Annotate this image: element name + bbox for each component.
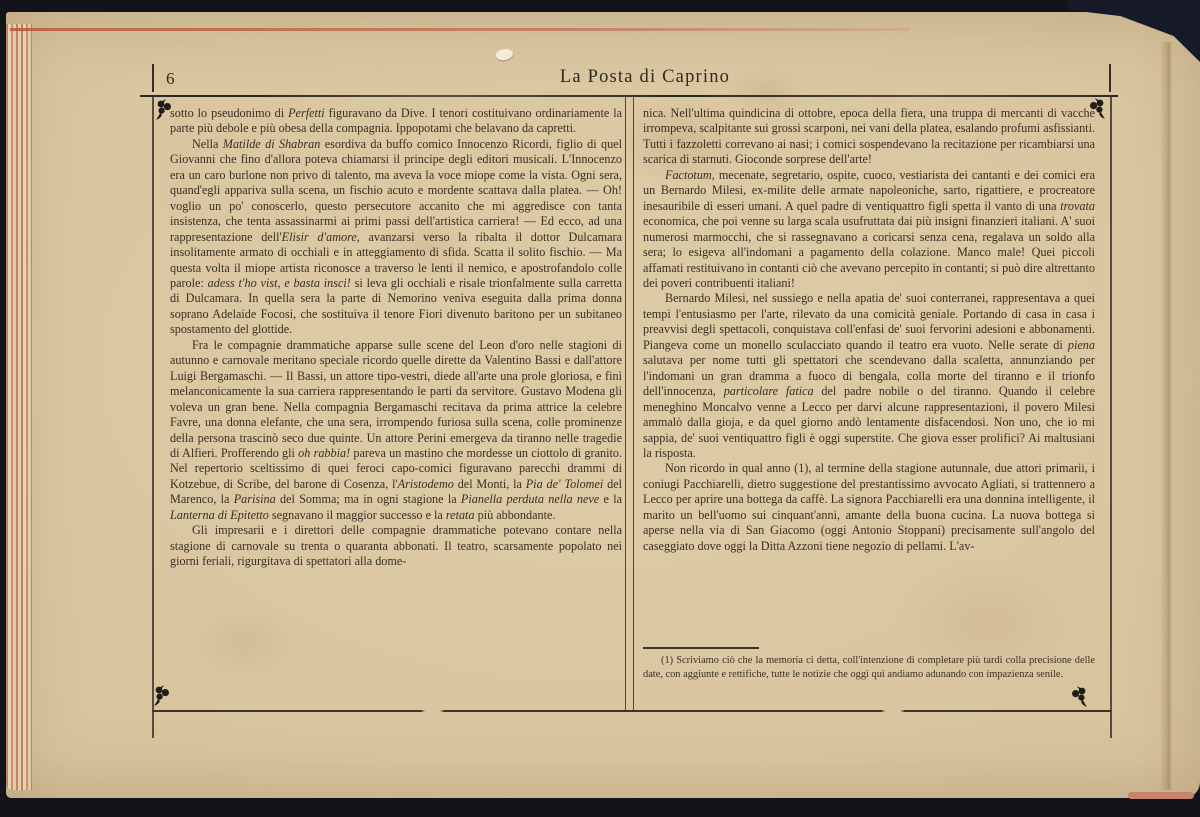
fleuron-ornament-icon [153, 685, 171, 708]
paragraph: Nella Matilde di Shabran esordiva da buf… [170, 137, 622, 338]
column-divider [625, 97, 634, 710]
page-top-red-edge [10, 28, 910, 31]
page-number: 6 [166, 69, 175, 89]
left-column: sotto lo pseudonimo di Perfetti figurava… [170, 106, 622, 570]
right-column: nica. Nell'ultima quindicina di ottobre,… [643, 106, 1095, 554]
header-left-tick [152, 64, 154, 92]
paragraph: Fra le compagnie drammatiche apparse sul… [170, 338, 622, 523]
book-photo: 6 La Posta di Caprino sotto lo pseudonim… [0, 0, 1200, 817]
paragraph: Non ricordo in qual anno (1), al termine… [643, 461, 1095, 554]
page-title: La Posta di Caprino [305, 67, 985, 88]
bottom-rule [152, 710, 1111, 712]
paragraph: Gli impresarii e i direttori delle compa… [170, 523, 622, 569]
paragraph: Bernardo Milesi, nel sussiego e nella ap… [643, 291, 1095, 461]
page-edge-bottom-right [1128, 792, 1194, 799]
footnote: (1) Scriviamo ciò che la memoria ci dett… [643, 654, 1095, 681]
footnote-rule [643, 647, 759, 649]
page-edge-stripes [6, 24, 32, 790]
paragraph: sotto lo pseudonimo di Perfetti figurava… [170, 106, 622, 137]
fleuron-ornament-icon [1070, 686, 1088, 709]
paragraph: nica. Nell'ultima quindicina di ottobre,… [643, 106, 1095, 168]
frame-line-right [1110, 95, 1112, 738]
header-right-tick [1109, 64, 1111, 92]
paragraph: Factotum, mecenate, segretario, ospite, … [643, 168, 1095, 292]
page-gutter-crease [1160, 42, 1176, 790]
frame-line-left [152, 95, 154, 738]
